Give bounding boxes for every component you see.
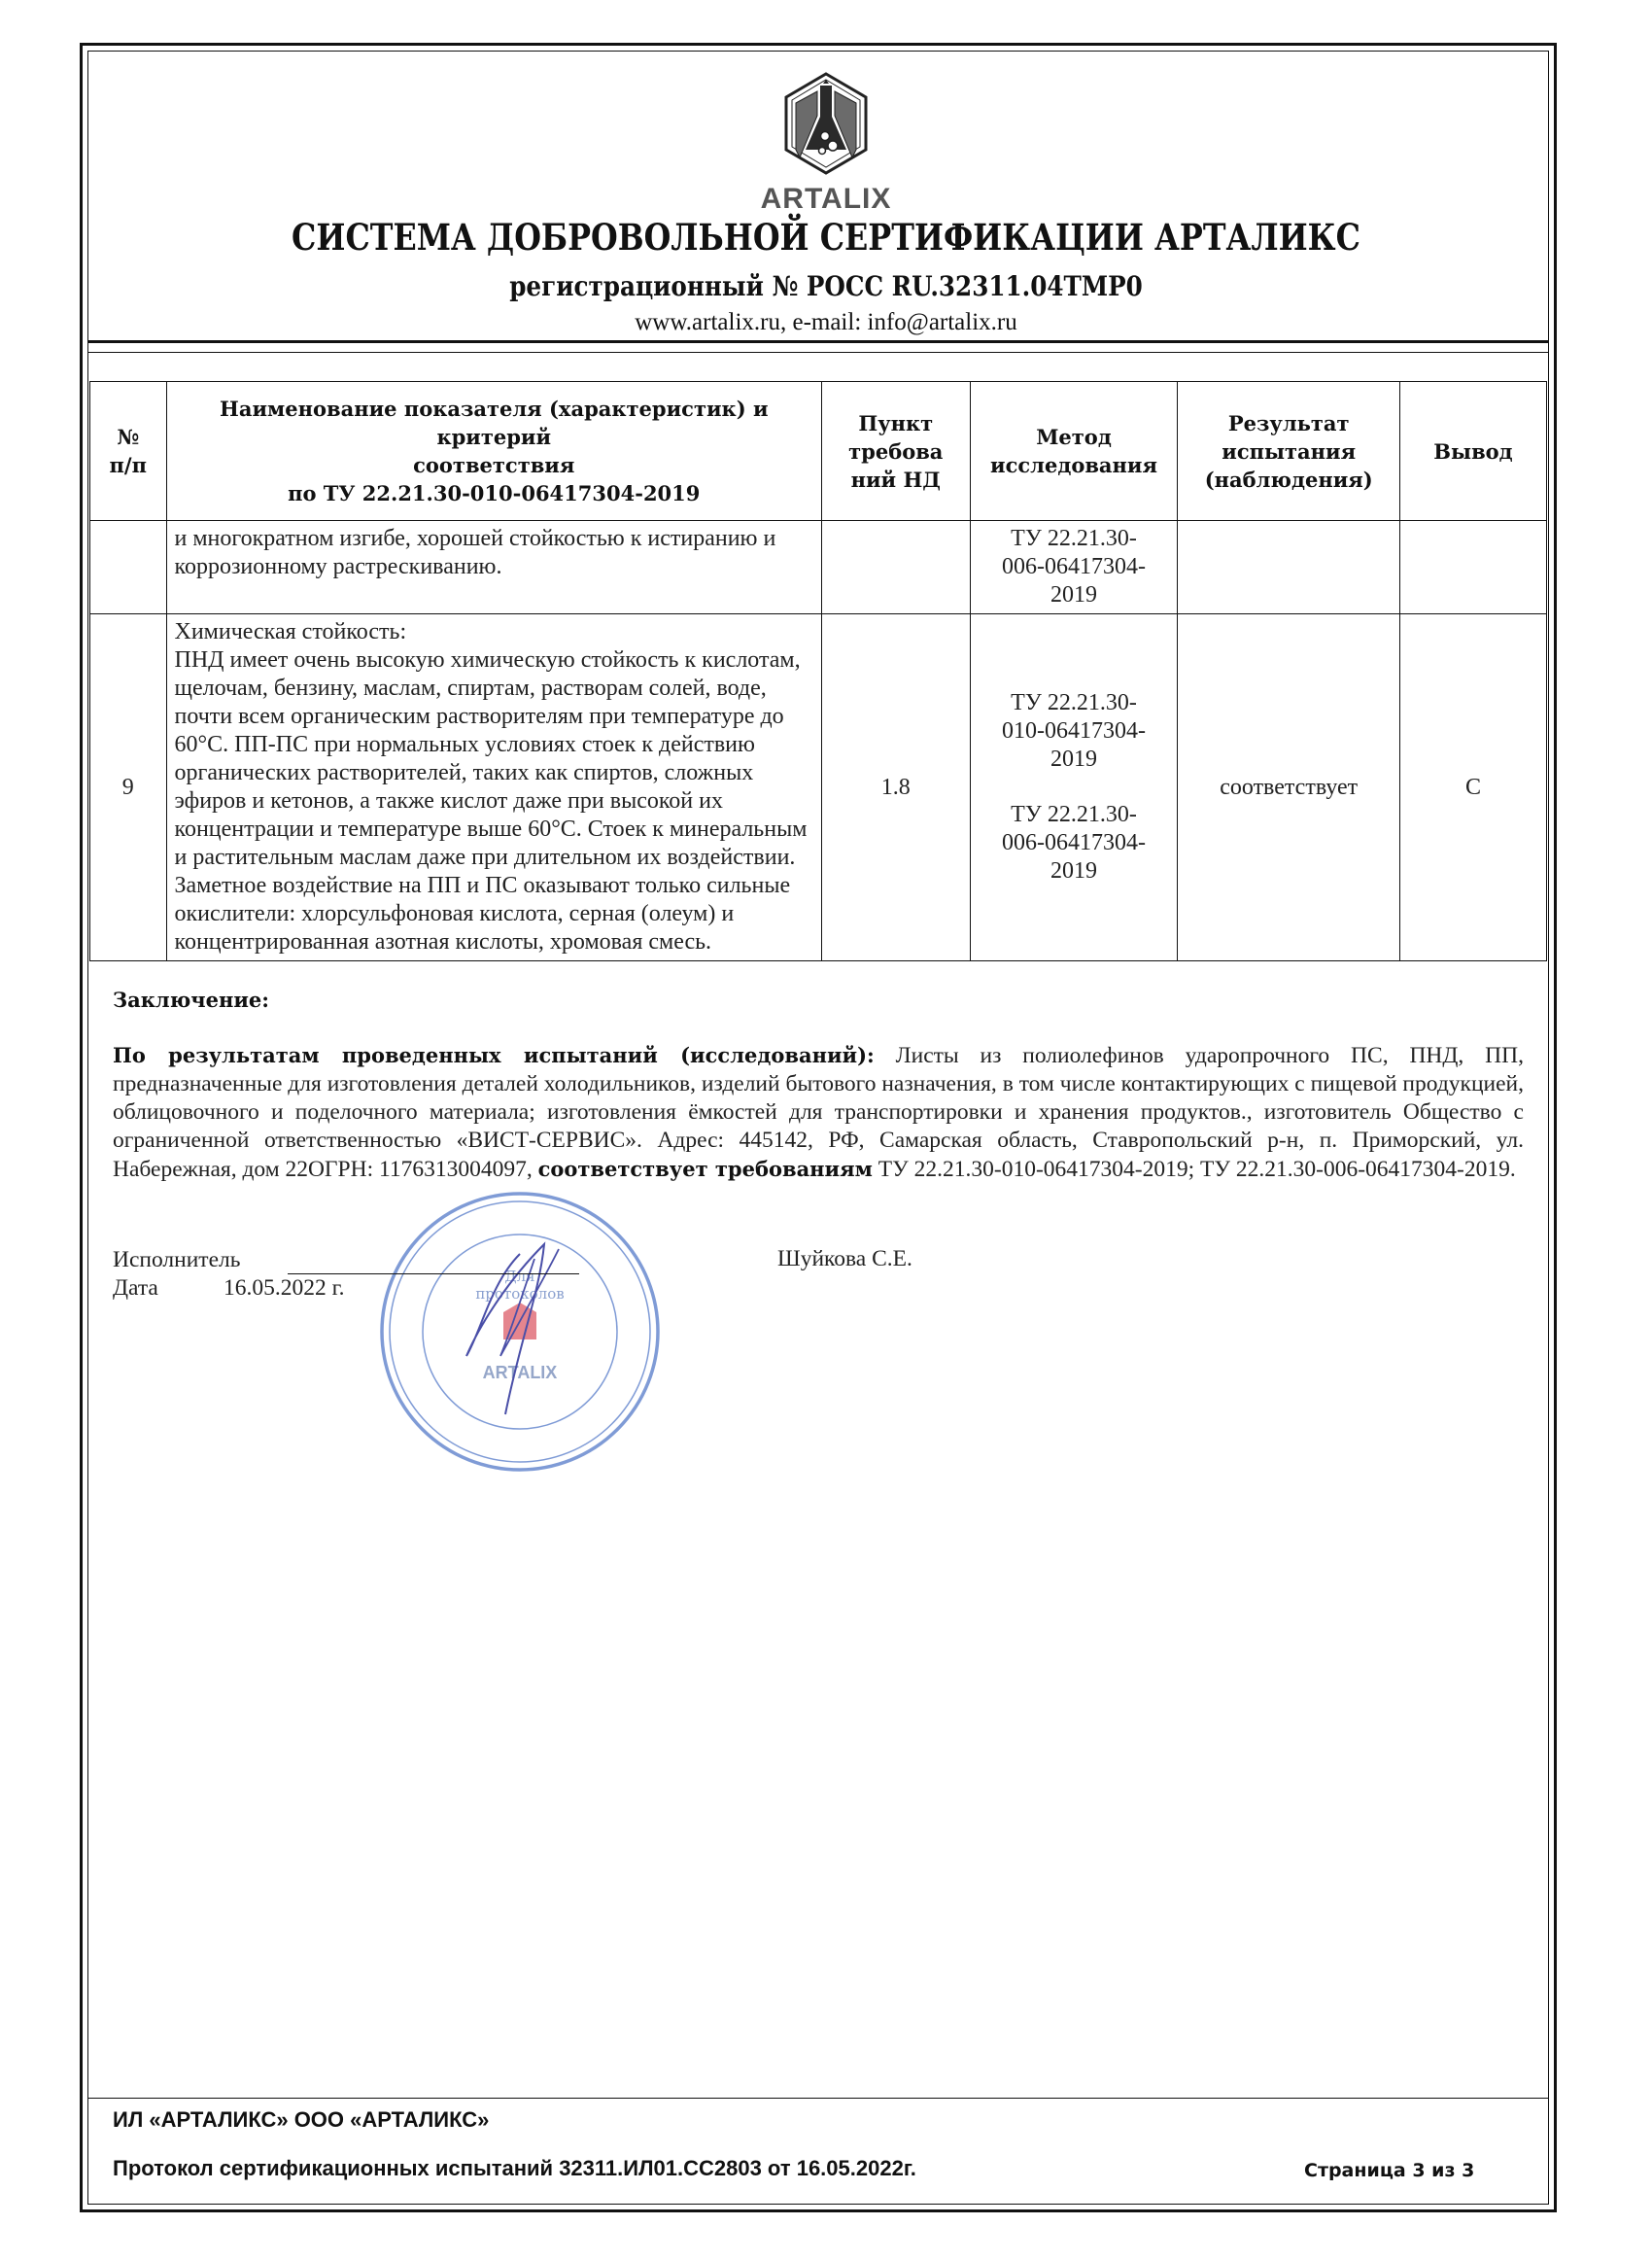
registration-number: регистрационный № РОСС RU.32311.04ТМР0 [99,270,1553,302]
page-number: Страница 3 из 3 [1304,2160,1474,2181]
header-divider-thin [87,352,1549,353]
conclusion-body-2: ТУ 22.21.30-010-06417304-2019; ТУ 22.21.… [873,1157,1516,1182]
signature-line [288,1273,579,1274]
col-header-indicator: Наименование показателя (характеристик) … [166,382,822,521]
artalix-logo-icon [782,72,870,181]
conclusion-lead: По результатам проведенных испытаний (ис… [113,1043,875,1067]
conclusion-text: По результатам проведенных испытаний (ис… [113,1041,1524,1184]
method-standard-010: ТУ 22.21.30- 010-06417304- 2019 [979,689,1170,774]
row-indicator-text: Химическая стойкость: ПНД имеет очень вы… [166,614,822,961]
method-standard-006: ТУ 22.21.30- 006-06417304- 2019 [979,801,1170,886]
col-header-number: № п/п [90,382,167,521]
test-results-table: № п/п Наименование показателя (характери… [89,381,1547,961]
row-number [90,521,167,614]
table-row: и многократном изгибе, хорошей стойкость… [90,521,1547,614]
date-row: Дата 16.05.2022 г. [113,1274,1524,1303]
date-label: Дата [113,1275,158,1301]
signer-name: Шуйкова С.Е. [777,1246,912,1272]
col-header-requirement-point: Пункт требова ний НД [822,382,971,521]
conclusion-section: Заключение: По результатам проведенных и… [113,986,1524,1184]
conclusion-title: Заключение: [113,986,1524,1014]
col-header-method: Метод исследования [970,382,1178,521]
date-value: 16.05.2022 г. [224,1274,345,1303]
footer-divider [87,2098,1549,2099]
brand-wordmark: ARTALIX [0,183,1652,216]
table-header-row: № п/п Наименование показателя (характери… [90,382,1547,521]
row-method: ТУ 22.21.30- 010-06417304- 2019 ТУ 22.21… [970,614,1178,961]
col-header-result: Результат испытания (наблюдения) [1178,382,1399,521]
row-output: С [1399,614,1546,961]
row-indicator-text: и многократном изгибе, хорошей стойкость… [166,521,822,614]
official-stamp-icon: Для протоколов ARTALIX [374,1186,666,1478]
row-number: 9 [90,614,167,961]
row-result [1178,521,1399,614]
table-row: 9 Химическая стойкость: ПНД имеет очень … [90,614,1547,961]
header-divider-thick [87,340,1549,343]
footer-protocol: Протокол сертификационных испытаний 3231… [113,2156,916,2181]
row-output [1399,521,1546,614]
row-requirement-point [822,521,971,614]
row-method: ТУ 22.21.30- 006-06417304- 2019 [970,521,1178,614]
contacts-line: www.artalix.ru, e-mail: info@artalix.ru [0,309,1652,336]
row-requirement-point: 1.8 [822,614,971,961]
svg-text:ARTALIX: ARTALIX [483,1363,558,1382]
conclusion-compliance: соответствует требованиям [538,1157,873,1181]
col-header-output: Вывод [1399,382,1546,521]
document-title: СИСТЕМА ДОБРОВОЛЬНОЙ СЕРТИФИКАЦИИ АРТАЛИ… [116,216,1536,259]
footer-organization: ИЛ «АРТАЛИКС» ООО «АРТАЛИКС» [113,2107,489,2133]
row-result: соответствует [1178,614,1399,961]
executor-label: Исполнитель [113,1247,240,1272]
